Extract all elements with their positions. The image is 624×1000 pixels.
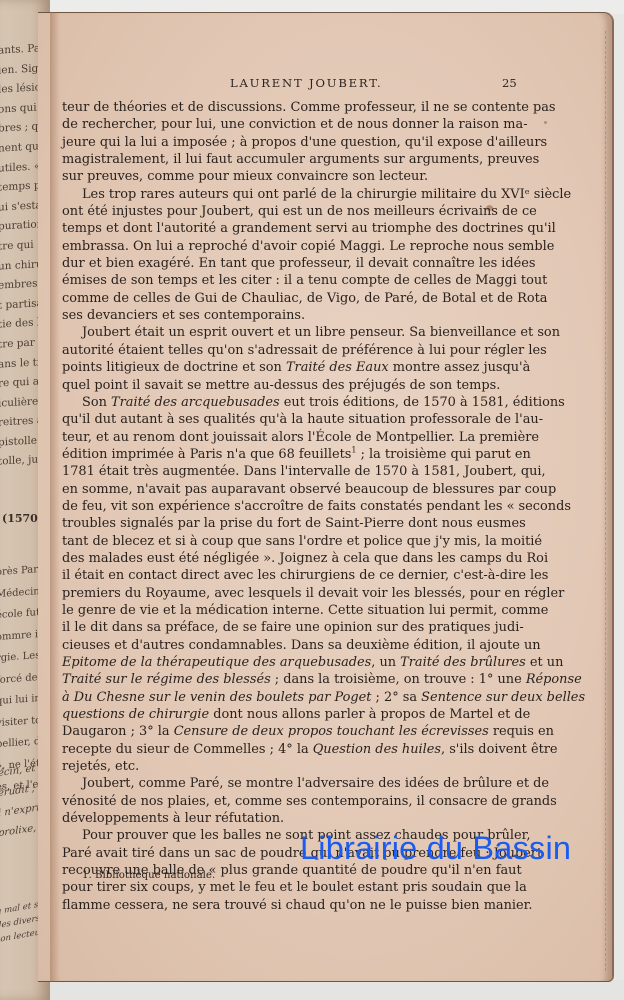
left-page-section-heading: (1570) [2,512,43,525]
text-line: ses devanciers et ses contemporains. [62,307,516,324]
foxing-spot [544,121,547,124]
text-line: Epitome de la thérapeutique des arquebus… [62,654,516,671]
text-line: Daugaron ; 3° la Censure de deux propos … [62,723,516,740]
watermark: Librairie du Bassin [300,830,571,867]
text-line: pour tirer six coups, y met le feu et le… [62,879,516,896]
text-line: Traité sur le régime des blessés ; dans … [62,671,516,688]
text-line: autorité étaient telles qu'on s'adressai… [62,342,516,359]
text-line: jeure qui la lui a imposée ; à propos d'… [62,134,516,151]
page-gutter-shadow [50,12,60,982]
text-line: développements à leur réfutation. [62,810,516,827]
text-line: cieuses et d'autres condamnables. Dans s… [62,637,516,654]
text-line: Joubert, comme Paré, se montre l'adversa… [62,775,516,792]
text-line: troubles signalés par la prise du fort d… [62,515,516,532]
text-line: il le dit dans sa préface, de se faire u… [62,619,516,636]
text-line: des malades eust été négligée ». Joignez… [62,550,516,567]
text-line: sur preuves, comme pour mieux convaincre… [62,168,516,185]
text-line: magistralement, il lui faut accumuler ar… [62,151,516,168]
text-line: le genre de vie et la médication interne… [62,602,516,619]
text-line: questions de chirurgie dont nous allons … [62,706,516,723]
text-line: émises de son temps et les citer : il a … [62,272,516,289]
scan-backdrop-bottom [0,980,624,1000]
text-line: recepte du sieur de Commelles ; 4° la Qu… [62,741,516,758]
text-line: en somme, n'avait pas auparavant observé… [62,481,516,498]
text-line: 1781 était très augmentée. Dans l'interv… [62,463,516,480]
footnote: 1. Bibliothèque nationale. [82,870,215,881]
text-line: qu'il dut autant à ses qualités qu'à la … [62,411,516,428]
page-edge-stack [604,31,606,971]
text-line: premiers du Royaume, avec lesquels il de… [62,585,516,602]
page-number: 25 [502,76,517,90]
text-line: Son Traité des arcquebusades eut trois é… [62,394,516,411]
text-line: dur et bien exagéré. En tant que profess… [62,255,516,272]
text-line: flamme cessera, ne sera trouvé si chaud … [62,897,516,914]
text-line: Les trop rares auteurs qui ont parlé de … [62,186,516,203]
text-line: édition imprimée à Paris n'a que 68 feui… [62,446,516,463]
text-line: points litigieux de doctrine et son Trai… [62,359,516,376]
text-line: Joubert était un esprit ouvert et un lib… [62,324,516,341]
text-line: tant de blecez et si à coup que sans l'o… [62,533,516,550]
text-line: de rechercher, pour lui, une conviction … [62,116,516,133]
running-head: LAURENT JOUBERT. [230,76,383,90]
text-line: vénosité de nos plaies, et, comme ses co… [62,793,516,810]
text-line: il était en contact direct avec les chir… [62,567,516,584]
text-line: rejetés, etc. [62,758,516,775]
text-line: de feu, vit son expérience s'accroître d… [62,498,516,515]
text-line: quel point il savait se mettre au-dessus… [62,377,516,394]
text-line: ont été injustes pour Joubert, qui est u… [62,203,516,220]
body-text: teur de théories et de discussions. Comm… [62,99,516,914]
text-line: temps et dont l'autorité a grandement se… [62,220,516,237]
text-line: teur de théories et de discussions. Comm… [62,99,516,116]
text-line: teur, et au renom dont jouissait alors l… [62,429,516,446]
text-line: embrassa. On lui a reproché d'avoir copi… [62,238,516,255]
text-line: comme de celles de Gui de Chauliac, de V… [62,290,516,307]
text-line: à Du Chesne sur le venin des boulets par… [62,689,516,706]
